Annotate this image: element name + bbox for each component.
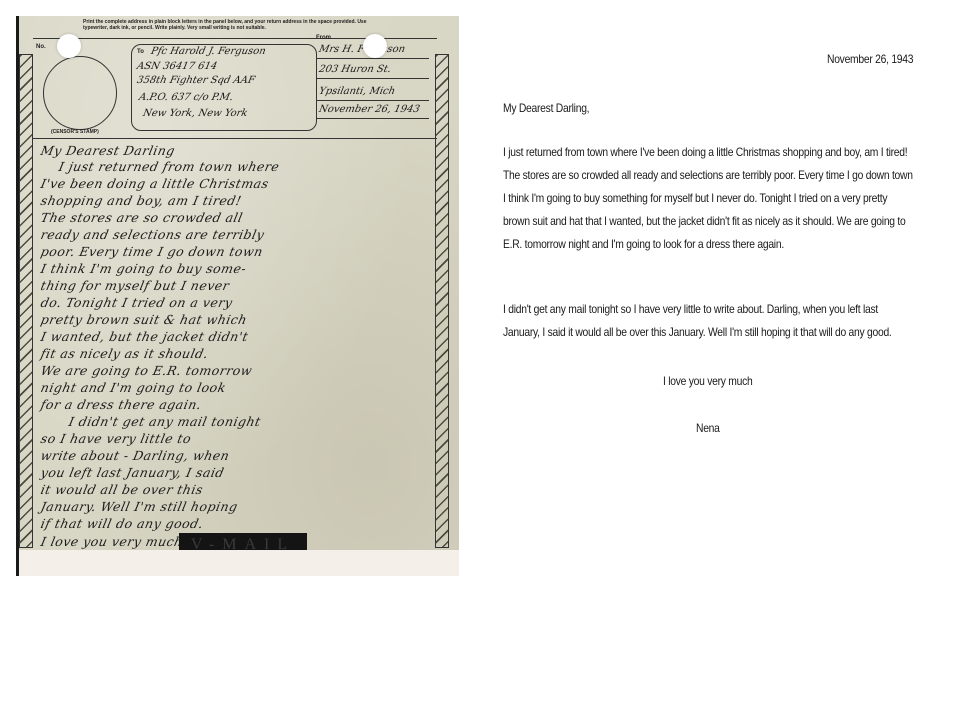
letter-paragraph-2: I didn't get any mail tonight so I have … xyxy=(503,298,914,344)
handwritten-line: shopping and boy, am I tired! xyxy=(39,193,243,208)
hatched-border-left xyxy=(19,54,33,548)
handwritten-line: I didn't get any mail tonight xyxy=(67,414,262,429)
paragraph-line: I didn't get any mail tonight so I have … xyxy=(503,298,914,321)
handwritten-line: I think I'm going to buy some- xyxy=(39,261,248,276)
handwritten-line: thing for myself but I never xyxy=(39,278,231,293)
paragraph-line: January, I said it would all be over thi… xyxy=(503,321,914,344)
from-label: From xyxy=(316,35,331,41)
handwritten-line: write about - Darling, when xyxy=(39,448,231,463)
handwritten-line: I've been doing a little Christmas xyxy=(39,176,270,191)
form-instructions: Print the complete address in plain bloc… xyxy=(83,19,383,31)
handwritten-line: you left last January, I said xyxy=(39,465,225,480)
scan-bottom-margin xyxy=(19,550,459,576)
paragraph-line: I just returned from town where I've bee… xyxy=(503,141,914,164)
handwritten-line: I just returned from town where xyxy=(57,159,281,174)
handwritten-line: My Dearest Darling xyxy=(39,143,176,158)
handwritten-line: poor. Every time I go down town xyxy=(39,244,264,259)
handwritten-line: fit as nicely as it should. xyxy=(39,346,209,361)
from-address-line: 203 Huron St. xyxy=(318,64,392,75)
to-address-line: A.P.O. 637 c/o P.M. xyxy=(138,92,234,103)
paragraph-line: I think I'm going to buy something for m… xyxy=(503,187,914,210)
handwritten-line: pretty brown suit & hat which xyxy=(39,312,248,327)
paragraph-line: E.R. tomorrow night and I'm going to loo… xyxy=(503,233,914,256)
letter-date: November 26, 1943 xyxy=(827,52,913,66)
handwritten-line: January. Well I'm still hoping xyxy=(39,499,239,514)
from-address-line: Ypsilanti, Mich xyxy=(318,86,396,97)
handwritten-line: I wanted, but the jacket didn't xyxy=(39,329,249,344)
handwritten-line: ready and selections are terribly xyxy=(39,227,265,242)
form-divider xyxy=(33,138,437,139)
from-rule xyxy=(317,118,429,119)
to-address-line: Pfc Harold J. Ferguson xyxy=(150,46,267,57)
handwritten-line: The stores are so crowded all xyxy=(39,210,244,225)
hatched-border-right xyxy=(435,54,449,548)
punch-hole xyxy=(363,34,387,58)
handwritten-line: night and I'm going to look xyxy=(39,380,227,395)
handwritten-line: so I have very little to xyxy=(39,431,192,446)
handwritten-line: it would all be over this xyxy=(39,482,204,497)
to-address-line: New York, New York xyxy=(142,108,249,119)
handwritten-line: for a dress there again. xyxy=(39,397,203,412)
from-rule xyxy=(317,58,429,59)
to-address-line: 358th Fighter Sqd AAF xyxy=(136,75,256,86)
to-label: To xyxy=(137,49,144,55)
to-address-line: ASN 36417 614 xyxy=(136,61,218,72)
scanned-vmail-letter: Print the complete address in plain bloc… xyxy=(16,16,459,576)
punch-hole xyxy=(57,34,81,58)
handwritten-line: do. Tonight I tried on a very xyxy=(39,295,234,310)
letter-paragraph-1: I just returned from town where I've bee… xyxy=(503,141,914,256)
censor-stamp-circle xyxy=(43,56,117,130)
letter-salutation: My Dearest Darling, xyxy=(503,101,589,115)
censor-stamp-label: (CENSOR'S STAMP) xyxy=(51,129,99,135)
paragraph-line: The stores are so crowded all ready and … xyxy=(503,164,914,187)
from-address-line: Mrs H. Ferguson xyxy=(318,44,406,55)
from-rule xyxy=(317,78,429,79)
paragraph-line: brown suit and hat that I wanted, but th… xyxy=(503,210,914,233)
from-address-line: November 26, 1943 xyxy=(318,104,421,115)
handwritten-line: We are going to E.R. tomorrow xyxy=(39,363,253,378)
letter-closing: I love you very much xyxy=(663,374,752,388)
letter-signature: Nena xyxy=(696,421,720,435)
handwritten-line: if that will do any good. xyxy=(39,516,205,531)
from-rule xyxy=(317,100,429,101)
number-label: No. xyxy=(36,44,46,50)
